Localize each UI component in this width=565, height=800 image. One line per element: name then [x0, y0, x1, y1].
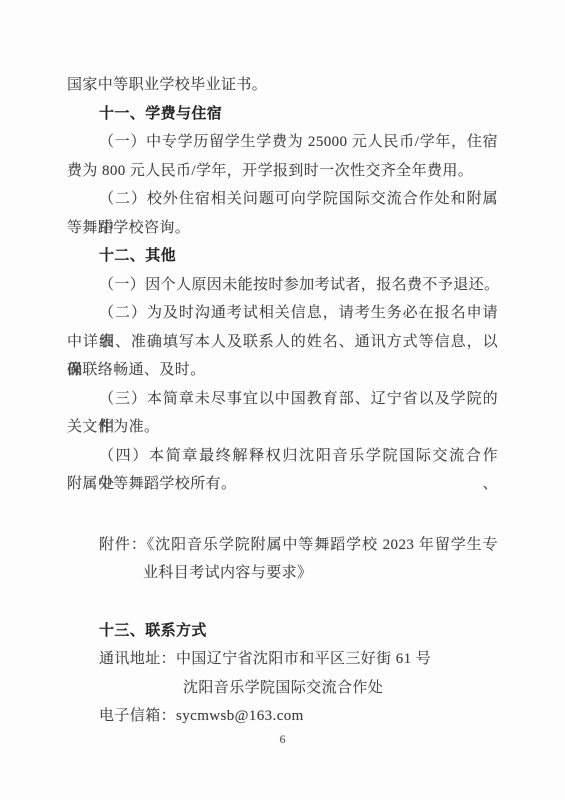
mailing-address-line-2: 沈阳音乐学院国际交流合作处: [67, 674, 498, 703]
paragraph-official-docs-line-2: 关文件为准。: [67, 413, 498, 442]
email-address-line: 电子信箱：sycmwsb@163.com: [67, 702, 498, 731]
page-number: 6: [67, 732, 498, 746]
section-heading-contact: 十三、联系方式: [67, 617, 498, 646]
paragraph-interpretation-line-1: （四）本简章最终解释权归沈阳音乐学院国际交流合作处、: [67, 442, 498, 471]
attachment-reference-line-2: 业科目考试内容与要求》: [67, 559, 498, 588]
section-heading-tuition-housing: 十一、学费与住宿: [67, 100, 498, 129]
paragraph-tuition-line-1: （一）中专学历留学生学费为 25000 元人民币/学年，住宿: [67, 128, 498, 157]
paragraph-contact-info-line-1: （二）为及时沟通考试相关信息，请考生务必在报名申请表: [67, 299, 498, 328]
paragraph-no-refund: （一）因个人原因未能按时参加考试者，报名费不予退还。: [67, 271, 498, 300]
paragraph-contact-info-line-2: 中详细、准确填写本人及联系人的姓名、通讯方式等信息，以确: [67, 328, 498, 357]
attachment-reference-line-1: 附件：《沈阳音乐学院附属中等舞蹈学校 2023 年留学生专: [67, 531, 498, 560]
paragraph-official-docs-line-1: （三）本简章未尽事宜以中国教育部、辽宁省以及学院的相: [67, 385, 498, 414]
paragraph-continuation-certificate: 国家中等职业学校毕业证书。: [67, 71, 498, 100]
mailing-address-line-1: 通讯地址：中国辽宁省沈阳市和平区三好街 61 号: [67, 645, 498, 674]
section-heading-other: 十二、其他: [67, 242, 498, 271]
paragraph-offcampus-line-2: 等舞蹈学校咨询。: [67, 214, 498, 243]
paragraph-contact-info-line-3: 保联络畅通、及时。: [67, 356, 498, 385]
paragraph-tuition-line-2: 费为 800 元人民币/学年，开学报到时一次性交齐全年费用。: [67, 157, 498, 186]
paragraph-offcampus-line-1: （二）校外住宿相关问题可向学院国际交流合作处和附属中: [67, 185, 498, 214]
document-page: 国家中等职业学校毕业证书。 十一、学费与住宿 （一）中专学历留学生学费为 250…: [0, 0, 565, 800]
